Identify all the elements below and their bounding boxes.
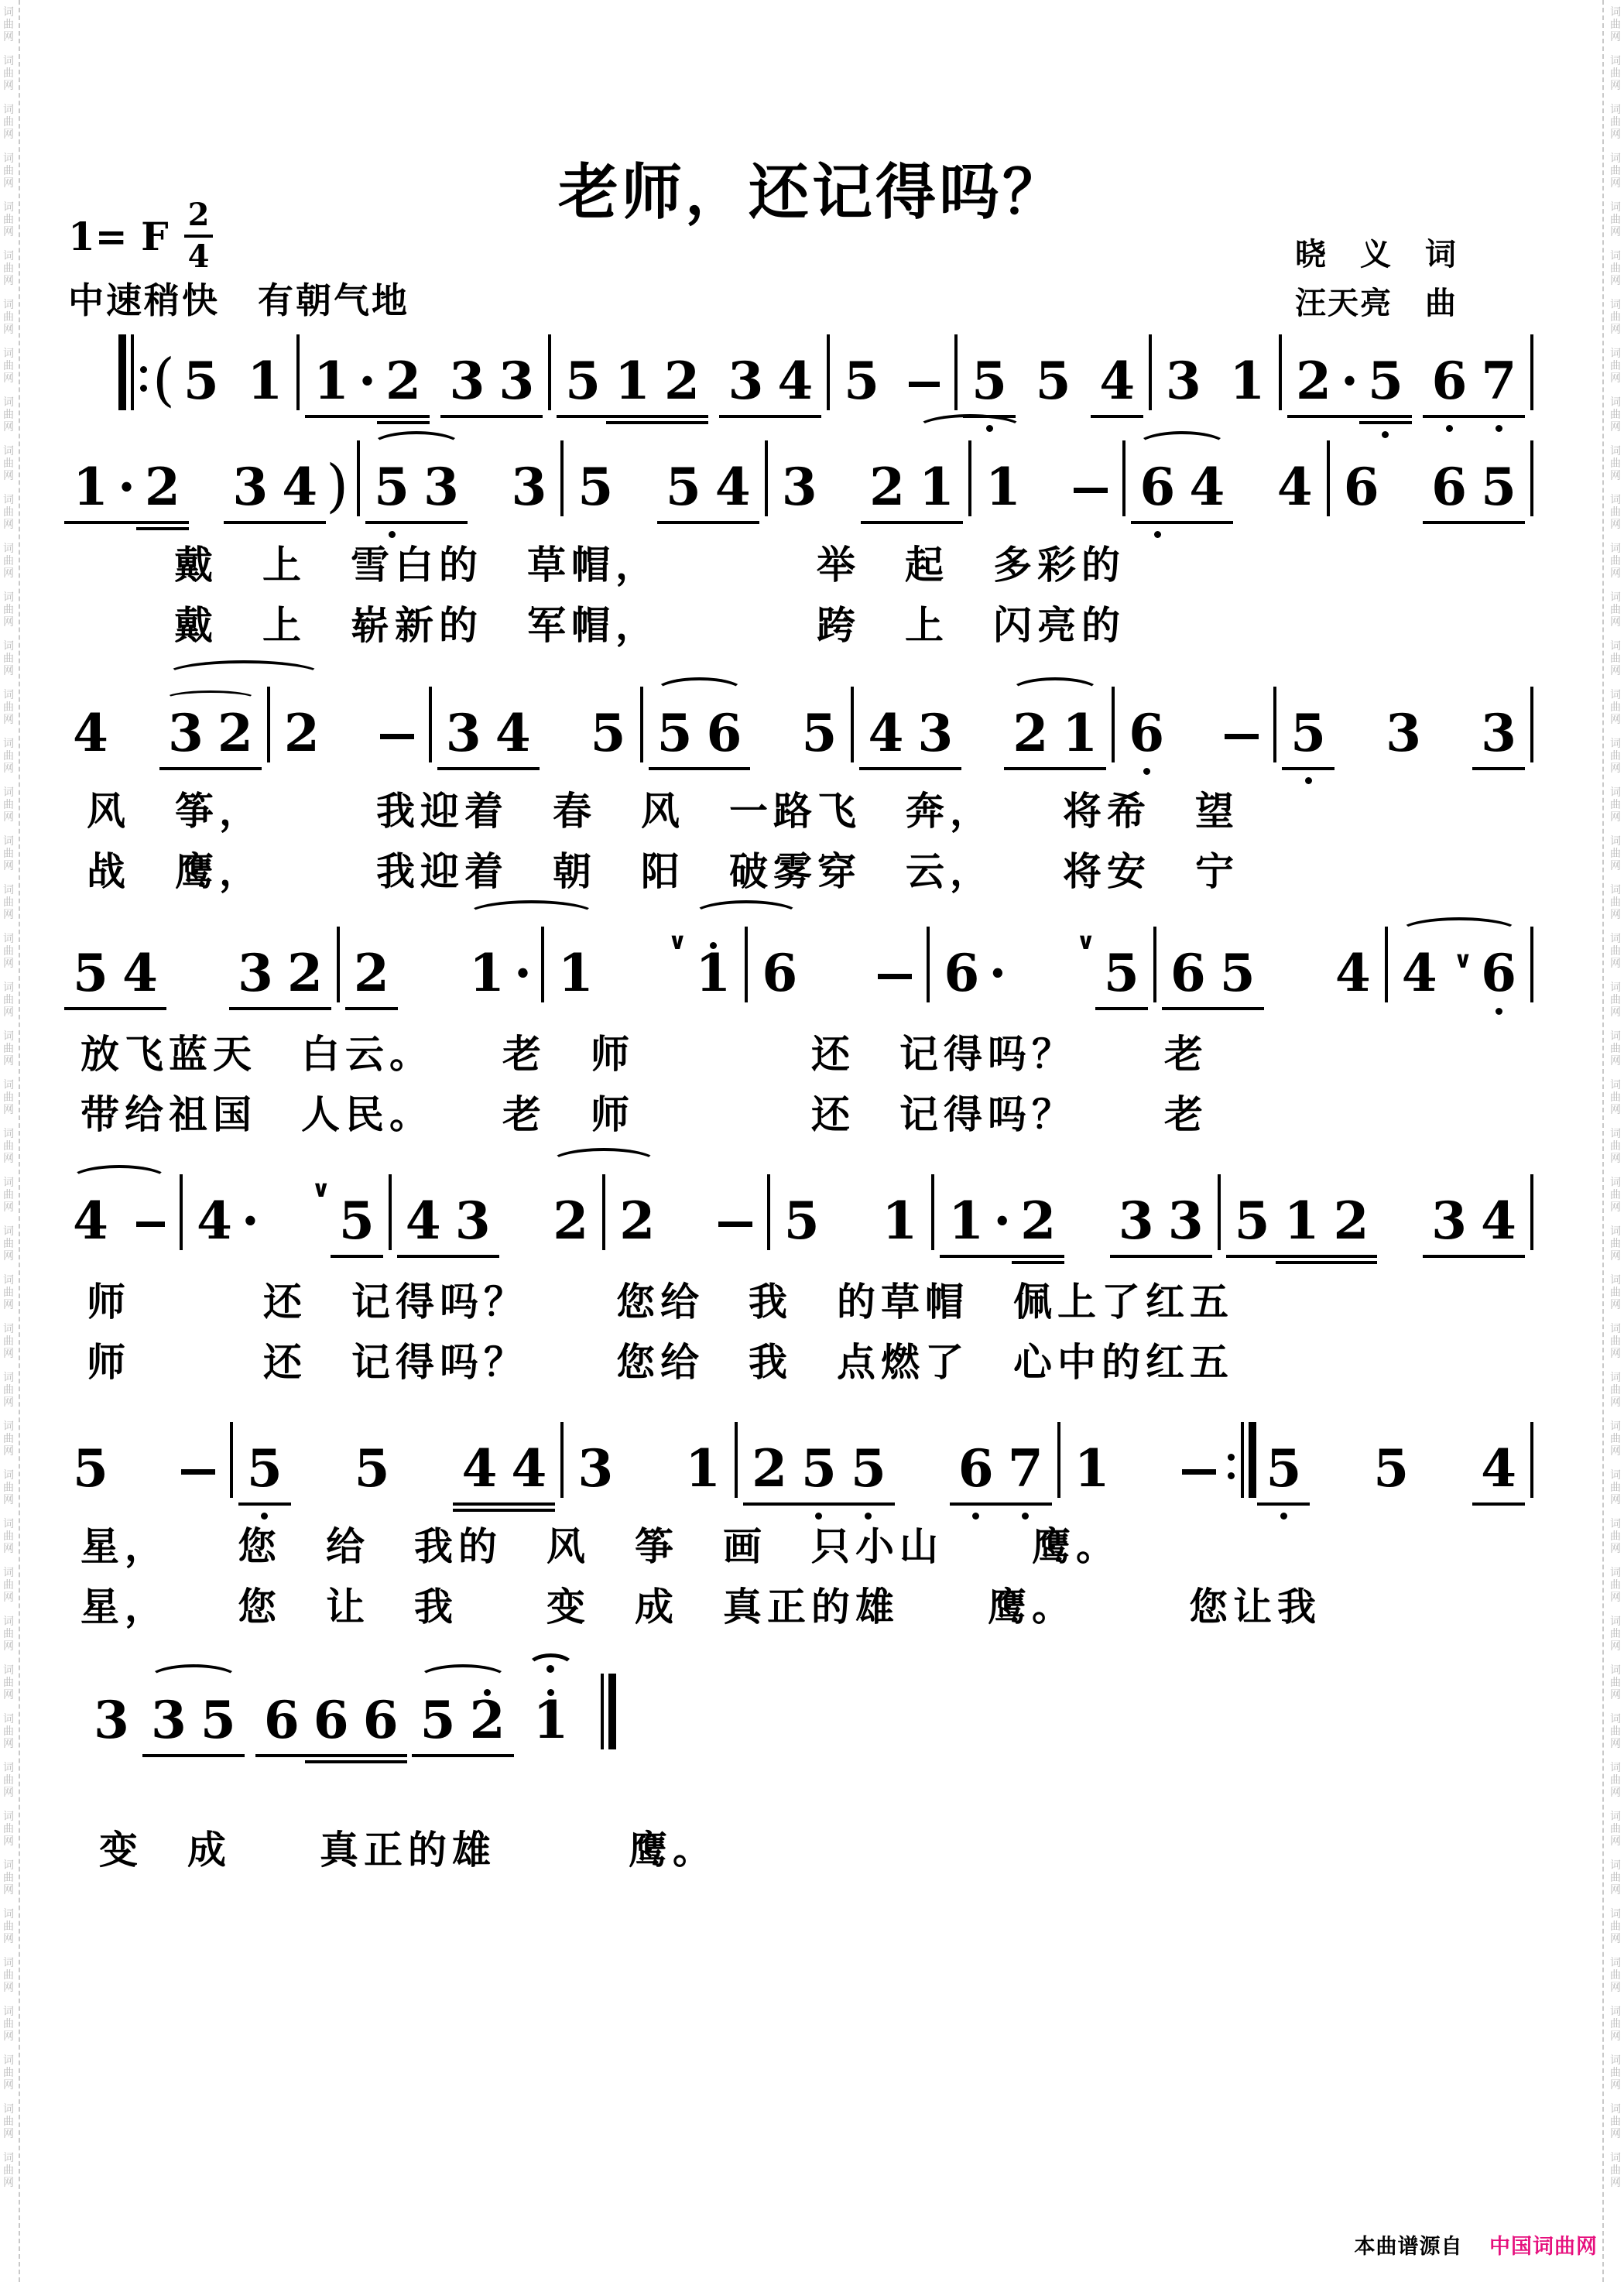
- note: 5: [659, 457, 708, 516]
- credits: 晓 义 词 汪天亮 曲: [1295, 231, 1458, 328]
- breath-mark-icon: ∨: [311, 1176, 330, 1203]
- slur-arc: 64: [1132, 457, 1232, 516]
- barline-thick: [118, 334, 126, 410]
- note: 4: [1328, 944, 1378, 1002]
- music-line-1: (511·233512345554312·567: [116, 333, 1540, 410]
- note: 6: [1122, 704, 1171, 762]
- barline: [851, 687, 854, 762]
- barline: [767, 1174, 770, 1250]
- note: 3: [448, 1191, 498, 1250]
- note: 7: [1474, 351, 1523, 410]
- watermark-text: 词曲网: [1610, 6, 1621, 42]
- slur-arc: 322: [161, 687, 327, 762]
- note: 2: [546, 1191, 595, 1250]
- note: 1: [678, 1439, 728, 1498]
- watermark-text: 词曲网: [3, 689, 14, 725]
- note: 3: [1474, 704, 1523, 762]
- note: 3: [439, 704, 488, 762]
- song-title: 老师，还记得吗？: [0, 144, 1624, 231]
- repeat-dots-icon: [1228, 1454, 1235, 1479]
- note: 6: [937, 944, 986, 1002]
- barline: [765, 440, 768, 516]
- note: 5: [1213, 944, 1263, 1002]
- lyrics-line: 带给祖国 人民。 老 师 还 记得吗？ 老: [81, 1084, 1208, 1139]
- barline: [745, 927, 748, 1002]
- watermark-text: 词曲网: [1610, 738, 1621, 773]
- note: 2: [1327, 1191, 1376, 1250]
- watermark-text: 词曲网: [3, 1518, 14, 1554]
- note: 2: [657, 351, 707, 410]
- watermark-text: 词曲网: [3, 6, 14, 42]
- lyrics-line: 战 鹰， 我迎着 朝 阳 破雾穿 云， 将安 宁: [87, 841, 1239, 896]
- barline: [954, 334, 958, 410]
- note: 2: [612, 1191, 662, 1250]
- note: 1: [688, 944, 738, 1002]
- note: 5: [66, 944, 115, 1002]
- key-signature: 1= F 2 4: [68, 200, 213, 272]
- watermark-text: 词曲网: [1610, 835, 1621, 871]
- note: 5: [777, 1191, 827, 1250]
- note: 5: [240, 1439, 290, 1498]
- note: 2: [1006, 704, 1055, 762]
- watermark-text: 词曲网: [1610, 543, 1621, 578]
- barline: [230, 1422, 233, 1498]
- barline-thick: [608, 1674, 616, 1749]
- watermark-text: 词曲网: [3, 640, 14, 676]
- time-signature: 2 4: [184, 200, 214, 272]
- note: 3: [161, 704, 211, 762]
- barline: [548, 334, 551, 410]
- note: 6: [951, 1439, 1001, 1498]
- note: 4: [504, 1439, 553, 1498]
- watermark-text: 词曲网: [1610, 55, 1621, 91]
- note: 5: [194, 1691, 243, 1749]
- watermark-text: 词曲网: [3, 445, 14, 481]
- watermark-text: 词曲网: [3, 1469, 14, 1505]
- barline: [1279, 334, 1282, 410]
- note: 5: [1228, 1191, 1277, 1250]
- watermark-text: 词曲网: [1610, 689, 1621, 725]
- lyrics-line: 师 还 记得吗？ 您给 我 点燃了 心中的红五: [87, 1331, 1234, 1387]
- augmentation-dot: ·: [991, 1191, 1013, 1250]
- dash-note: [1225, 734, 1259, 739]
- note: 1: [1067, 1439, 1117, 1498]
- note: 2: [1289, 351, 1338, 410]
- note: 5: [1283, 704, 1333, 762]
- note: 2: [277, 704, 327, 762]
- note: 4: [399, 1191, 448, 1250]
- watermark-text: 词曲网: [1610, 1811, 1621, 1846]
- note: 6: [1337, 457, 1386, 516]
- note: 2: [745, 1439, 794, 1498]
- note: 1: [912, 457, 961, 516]
- note: 5: [1366, 1439, 1416, 1498]
- watermark-column-left: 词曲网词曲网词曲网词曲网词曲网词曲网词曲网词曲网词曲网词曲网词曲网词曲网词曲网词…: [3, 6, 14, 2276]
- note: 1: [551, 944, 601, 1002]
- watermark-text: 词曲网: [3, 738, 14, 773]
- note: 5: [794, 1439, 844, 1498]
- slur-arc: 16: [688, 927, 804, 1002]
- watermark-text: 词曲网: [3, 933, 14, 968]
- watermark-text: 词曲网: [3, 1616, 14, 1651]
- barline: [1530, 334, 1533, 410]
- barline: [337, 927, 340, 1002]
- note: 6: [700, 704, 749, 762]
- note: 2: [1013, 1191, 1063, 1250]
- lyrics-line: 风 筝， 我迎着 春 风 一路飞 奔， 将希 望: [87, 780, 1239, 836]
- barline: [560, 440, 564, 516]
- barline: [1149, 334, 1152, 410]
- watermark-text: 词曲网: [3, 1372, 14, 1407]
- note: 1: [1055, 704, 1105, 762]
- barline: [1530, 687, 1533, 762]
- note: 2: [347, 944, 396, 1002]
- note: 3: [1159, 351, 1208, 410]
- watermark-text: 词曲网: [1610, 884, 1621, 920]
- watermark-text: 词曲网: [3, 2006, 14, 2041]
- note: 3: [225, 457, 275, 516]
- breath-mark-icon: ∨: [668, 928, 687, 955]
- note: 3: [1379, 704, 1428, 762]
- sheet-music-page: 词曲网词曲网词曲网词曲网词曲网词曲网词曲网词曲网词曲网词曲网词曲网词曲网词曲网词…: [0, 0, 1624, 2282]
- watermark-text: 词曲网: [3, 1957, 14, 1992]
- lyrics-line: 戴 上 雪白的 草帽， 举 起 多彩的: [174, 534, 1125, 590]
- watermark-text: 词曲网: [1610, 1957, 1621, 1992]
- watermark-text: 词曲网: [1610, 299, 1621, 334]
- watermark-text: 词曲网: [1610, 933, 1621, 968]
- music-line-2: 1·234)5335543211644665: [66, 439, 1540, 516]
- slur-arc: 21: [1006, 704, 1105, 762]
- watermark-dashed-line-right: [1602, 0, 1604, 2282]
- lyrics-line: 戴 上 崭新的 军帽， 跨 上 闪亮的: [174, 594, 1125, 650]
- slur-arc: 22: [546, 1174, 662, 1250]
- barline: [1327, 440, 1330, 516]
- watermark-text: 词曲网: [1610, 1762, 1621, 1797]
- watermark-text: 词曲网: [1610, 1079, 1621, 1115]
- note: 3: [721, 351, 770, 410]
- watermark-text: 词曲网: [3, 1030, 14, 1066]
- watermark-text: 词曲网: [3, 591, 14, 627]
- note: 4: [861, 704, 910, 762]
- fermata: 1: [526, 1691, 576, 1749]
- augmentation-dot: ·: [115, 457, 138, 516]
- barline: [541, 927, 544, 1002]
- note: 5: [837, 351, 886, 410]
- slur-arc: 4: [66, 1191, 173, 1250]
- source-note: 本曲谱源自 中国词曲网: [1354, 2229, 1598, 2260]
- note: 6: [1424, 351, 1474, 410]
- note: 2: [211, 704, 260, 762]
- note: 6: [356, 1691, 406, 1749]
- note: 5: [332, 1191, 382, 1250]
- dash-note: [1074, 488, 1108, 493]
- dash-note: [1182, 1469, 1216, 1475]
- watermark-text: 词曲网: [1610, 786, 1621, 822]
- barline: [968, 440, 971, 516]
- note: 4: [275, 457, 324, 516]
- repeat-open: [116, 334, 151, 410]
- watermark-text: 词曲网: [3, 348, 14, 383]
- watermark-text: 词曲网: [1610, 640, 1621, 676]
- watermark-text: 词曲网: [1610, 445, 1621, 481]
- watermark-text: 词曲网: [3, 1274, 14, 1310]
- watermark-text: 词曲网: [3, 835, 14, 871]
- note: 3: [492, 351, 541, 410]
- watermark-text: 词曲网: [3, 250, 14, 286]
- lyrics-line: 星， 您 让 我 变 成 真正的雄 鹰。 您让我: [81, 1576, 1321, 1632]
- barline: [1530, 440, 1533, 516]
- watermark-dashed-line-left: [19, 0, 20, 2282]
- watermark-text: 词曲网: [3, 1225, 14, 1261]
- watermark-text: 词曲网: [3, 786, 14, 822]
- key-text: 1= F: [68, 214, 169, 259]
- slur-arc: 56: [650, 704, 749, 762]
- note: 4: [115, 944, 165, 1002]
- note: 4: [66, 704, 115, 762]
- barline: [1153, 927, 1156, 1002]
- watermark-text: 词曲网: [3, 494, 14, 529]
- lyrics-line: 星， 您 给 我的 风 筝 画 只小山 鹰。: [81, 1516, 1120, 1571]
- watermark-text: 词曲网: [3, 55, 14, 91]
- barline: [931, 1174, 934, 1250]
- note: 5: [795, 704, 845, 762]
- barline: [389, 1174, 392, 1250]
- note: 1: [1277, 1191, 1327, 1250]
- note: 3: [416, 457, 466, 516]
- note: 3: [504, 457, 553, 516]
- note: 3: [231, 944, 280, 1002]
- barline: [131, 334, 134, 410]
- watermark-text: 词曲网: [1610, 1567, 1621, 1602]
- note: 1: [240, 351, 290, 410]
- slur-arc: 1·1: [462, 927, 601, 1002]
- dash-note: [718, 1222, 752, 1227]
- watermark-text: 词曲网: [1610, 591, 1621, 627]
- dash-note: [878, 974, 912, 979]
- watermark-text: 词曲网: [1610, 2006, 1621, 2041]
- slur-arc: 11: [912, 440, 1028, 516]
- note: 4: [66, 1191, 115, 1250]
- music-line-3: 432234556543216533: [66, 685, 1540, 762]
- watermark-text: 词曲网: [3, 884, 14, 920]
- barline: [560, 1422, 564, 1498]
- watermark-text: 词曲网: [1610, 104, 1621, 139]
- watermark-text: 词曲网: [1610, 1859, 1621, 1895]
- note: 5: [348, 1439, 397, 1498]
- note: 1: [66, 457, 115, 516]
- watermark-text: 词曲网: [3, 1762, 14, 1797]
- watermark-text: 词曲网: [3, 1664, 14, 1700]
- note: 1: [875, 1191, 924, 1250]
- watermark-text: 词曲网: [3, 1811, 14, 1846]
- note: 4: [454, 1439, 504, 1498]
- watermark-text: 词曲网: [3, 982, 14, 1017]
- note: 3: [87, 1691, 136, 1749]
- barline: [267, 687, 270, 762]
- barline: [735, 1422, 738, 1498]
- augmentation-dot: ·: [986, 944, 1009, 1002]
- note: 6: [1163, 944, 1213, 1002]
- barline: [601, 1674, 604, 1749]
- lyrics-line: 师 还 记得吗？ 您给 我 的草帽 佩上了红五: [87, 1271, 1234, 1327]
- barline: [827, 334, 830, 410]
- note: 2: [138, 457, 187, 516]
- watermark-text: 词曲网: [1610, 1469, 1621, 1505]
- watermark-text: 词曲网: [3, 543, 14, 578]
- barline: [429, 687, 432, 762]
- watermark-text: 词曲网: [3, 299, 14, 334]
- watermark-text: 词曲网: [1610, 2103, 1621, 2139]
- note: 1: [608, 351, 657, 410]
- note: 4: [190, 1191, 239, 1250]
- dash-note: [136, 1222, 165, 1227]
- watermark-text: 词曲网: [3, 1323, 14, 1359]
- note: 3: [1161, 1191, 1211, 1250]
- watermark-text: 词曲网: [1610, 1274, 1621, 1310]
- watermark-text: 词曲网: [3, 396, 14, 432]
- watermark-text: 词曲网: [1610, 1177, 1621, 1212]
- watermark-text: 词曲网: [1610, 1225, 1621, 1261]
- note: 4: [1182, 457, 1232, 516]
- augmentation-dot: ·: [512, 944, 534, 1002]
- note: 1: [462, 944, 512, 1002]
- dash-note: [181, 1469, 215, 1475]
- barline: [1122, 440, 1125, 516]
- note: 3: [910, 704, 960, 762]
- composer-credit: 汪天亮 曲: [1295, 279, 1458, 328]
- note: 1: [978, 457, 1028, 516]
- breath-mark-icon: ∨: [1454, 947, 1472, 974]
- watermark-text: 词曲网: [3, 2103, 14, 2139]
- footer-brand[interactable]: 中国词曲网: [1489, 2235, 1598, 2258]
- note: 3: [1112, 1191, 1161, 1250]
- note: 6: [1132, 457, 1182, 516]
- note: 2: [379, 351, 428, 410]
- slur-arc: 52: [413, 1691, 512, 1749]
- barline: [1218, 1174, 1221, 1250]
- watermark-text: 词曲网: [1610, 494, 1621, 529]
- note: 4: [488, 704, 538, 762]
- watermark-text: 词曲网: [3, 2152, 14, 2188]
- barline: [1530, 927, 1533, 1002]
- barline-thick: [1249, 1422, 1256, 1498]
- lyrics-line: 变 成 真正的雄 鹰。: [99, 1819, 717, 1875]
- note: 5: [570, 457, 620, 516]
- barline: [927, 927, 930, 1002]
- watermark-text: 词曲网: [1610, 250, 1621, 286]
- note: 5: [1029, 351, 1078, 410]
- note: 4: [1474, 1439, 1523, 1498]
- lyrics-line: 放飞蓝天 白云。 老 师 还 记得吗？ 老: [81, 1023, 1208, 1079]
- note: 3: [570, 1439, 620, 1498]
- watermark-text: 词曲网: [1610, 1713, 1621, 1749]
- augmentation-dot: ·: [239, 1191, 262, 1250]
- watermark-text: 词曲网: [1610, 2054, 1621, 2090]
- note: 5: [1361, 351, 1410, 410]
- note: 2: [862, 457, 912, 516]
- note: 3: [1424, 1191, 1474, 1250]
- slur-arc: 4∨6: [1395, 944, 1523, 1002]
- barline: [1112, 687, 1115, 762]
- watermark-text: 词曲网: [3, 1908, 14, 1944]
- note: 4: [1474, 1191, 1523, 1250]
- note: 4: [1270, 457, 1320, 516]
- barline: [1241, 1422, 1244, 1498]
- dash-note: [909, 382, 940, 387]
- note: 6: [1474, 944, 1523, 1002]
- note: 1: [941, 1191, 991, 1250]
- note: 6: [257, 1691, 307, 1749]
- music-line-5: 44·∨54322511·23351234: [66, 1173, 1540, 1250]
- note: 5: [650, 704, 700, 762]
- note: 3: [775, 457, 824, 516]
- watermark-text: 词曲网: [3, 1128, 14, 1163]
- lyricist-credit: 晓 义 词: [1295, 231, 1458, 279]
- note: 3: [442, 351, 492, 410]
- slur-arc: 53: [367, 457, 466, 516]
- barline: [1530, 1422, 1533, 1498]
- watermark-text: 词曲网: [3, 1713, 14, 1749]
- barline: [180, 1174, 183, 1250]
- watermark-text: 词曲网: [3, 1859, 14, 1895]
- note: 4: [1092, 351, 1142, 410]
- repeat-dots-icon: [140, 366, 147, 392]
- note: 4: [708, 457, 758, 516]
- tempo-marking: 中速稍快 有朝气地: [68, 272, 409, 324]
- repeat-final: [598, 1674, 618, 1749]
- watermark-text: 词曲网: [1610, 1616, 1621, 1651]
- watermark-text: 词曲网: [3, 2054, 14, 2090]
- note: 5: [558, 351, 608, 410]
- watermark-text: 词曲网: [1610, 1030, 1621, 1066]
- time-signature-denominator: 4: [188, 238, 210, 272]
- dash-note: [380, 734, 414, 739]
- barline: [357, 440, 360, 516]
- note: 6: [755, 944, 804, 1002]
- barline: [1530, 1174, 1533, 1250]
- parenthesis: ): [324, 456, 350, 516]
- note: 5: [176, 351, 226, 410]
- note: 5: [1259, 1439, 1308, 1498]
- time-signature-numerator: 2: [184, 200, 214, 238]
- watermark-text: 词曲网: [1610, 1908, 1621, 1944]
- note: 5: [367, 457, 416, 516]
- note: 5: [584, 704, 633, 762]
- barline: [640, 687, 643, 762]
- source-note-prefix: 本曲谱源自: [1354, 2235, 1462, 2258]
- breath-mark-icon: ∨: [1077, 928, 1095, 955]
- note: 5: [844, 1439, 893, 1498]
- slur-arc: 35: [144, 1691, 243, 1749]
- augmentation-dot: ·: [356, 351, 379, 410]
- watermark-text: 词曲网: [1610, 1420, 1621, 1456]
- note: 2: [280, 944, 330, 1002]
- barline: [602, 1174, 605, 1250]
- watermark-text: 词曲网: [3, 1079, 14, 1115]
- watermark-text: 词曲网: [3, 1567, 14, 1602]
- note: 1: [526, 1691, 576, 1749]
- note: 6: [1424, 457, 1474, 516]
- note: 6: [307, 1691, 356, 1749]
- watermark-column-right: 词曲网词曲网词曲网词曲网词曲网词曲网词曲网词曲网词曲网词曲网词曲网词曲网词曲网词…: [1610, 6, 1621, 2276]
- watermark-text: 词曲网: [3, 104, 14, 139]
- note: 5: [413, 1691, 463, 1749]
- watermark-text: 词曲网: [1610, 1128, 1621, 1163]
- watermark-text: 词曲网: [1610, 2152, 1621, 2188]
- barline: [1273, 687, 1276, 762]
- slur-arc: 32: [161, 704, 260, 762]
- music-line-7: 335666521: [87, 1672, 516, 1749]
